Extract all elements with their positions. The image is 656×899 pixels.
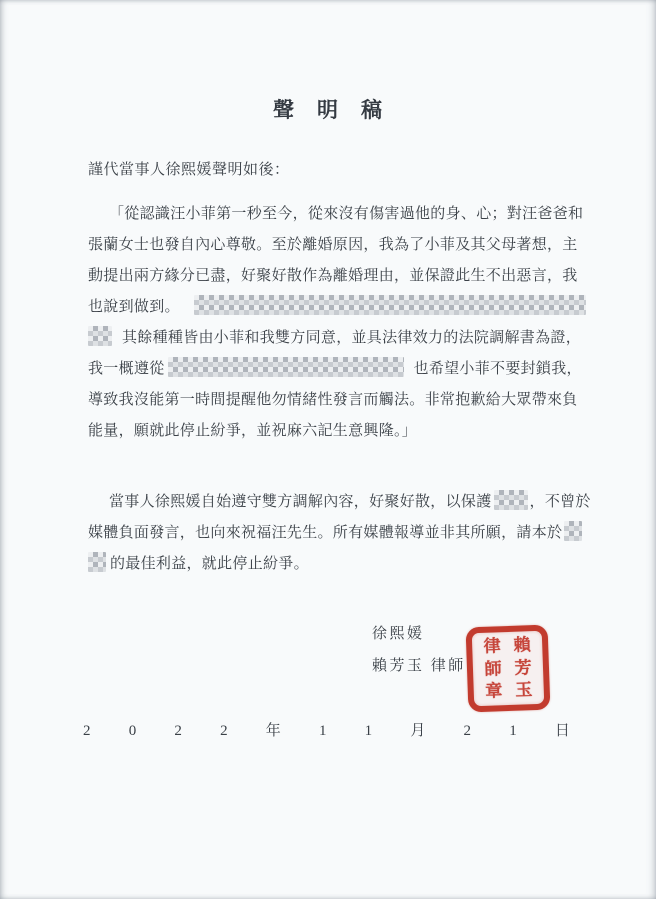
statement-line: 其餘種種皆由小菲和我雙方同意，並具法律效力的法院調解書為證， [88,323,593,354]
statement-text: 媒體負面發言，也向來祝福汪先生。所有媒體報導並非其所願，請本於 [88,525,562,541]
date-char: 0 [129,716,137,746]
statement-text: 導致我沒能第一時間提醒他勿情緒性發言而觸法。非常抱歉給大眾帶來負 [88,392,578,408]
seal-column: 律師章 [483,635,502,703]
date-char: 月 [410,716,425,746]
date-char: 2 [83,716,91,746]
statement-text: 其餘種種皆由小菲和我雙方同意，並具法律效力的法院調解書為證， [122,330,581,346]
closing-paragraph: 當事人徐熙媛自始遵守雙方調解內容，好聚好散，以保護，不曾於媒體負面發言，也向來祝… [88,487,593,580]
date-char: 1 [365,716,373,746]
statement-line: 當事人徐熙媛自始遵守雙方調解內容，好聚好散，以保護，不曾於 [88,487,593,518]
statement-text: 當事人徐熙媛自始遵守雙方調解內容，好聚好散，以保護 [109,494,492,510]
statement-text: 張蘭女士也發自內心尊敬。至於離婚原因，我為了小菲及其父母著想，主 [88,237,578,253]
seal-character: 芳 [514,657,532,680]
statement-text: 能量，願就此停止紛爭，並祝麻六記生意興隆。」 [88,423,417,439]
date-char: 2 [464,716,472,746]
statement-line: 媒體負面發言，也向來祝福汪先生。所有媒體報導並非其所願，請本於 [88,518,593,549]
lawyer-seal-stamp-icon: 律師章賴芳玉 [466,625,551,713]
statement-text: 也希望小菲不要封鎖我， [414,361,582,377]
redacted-block [494,490,528,510]
statement-text: 也說到做到。 [88,299,180,315]
redacted-block [88,552,106,572]
date-char: 2 [220,716,228,746]
statement-line: 能量，願就此停止紛爭，並祝麻六記生意興隆。」 [88,416,593,447]
date-char: 1 [319,716,327,746]
seal-character: 師 [484,658,502,681]
seal-character: 賴 [513,634,531,657]
redacted-block [194,295,586,315]
redacted-block [168,357,404,377]
lawyer-name: 賴芳玉 律師 [372,650,466,682]
seal-character: 玉 [515,679,533,702]
redacted-block [88,326,112,346]
date-char: 2 [174,716,182,746]
date-char: 日 [555,716,570,746]
statement-text: 動提出兩方緣分已盡，好聚好散作為離婚理由，並保證此生不出惡言，我 [88,268,578,284]
statement-text: 「從認識汪小菲第一秒至今，從來沒有傷害過他的身、心；對汪爸爸和 [109,206,583,222]
statement-text: 我一概遵從 [88,361,165,377]
statement-line: 導致我沒能第一時間提醒他勿情緒性發言而觸法。非常抱歉給大眾帶來負 [88,385,593,416]
statement-line: 也說到做到。 [88,292,593,323]
statement-line: 張蘭女士也發自內心尊敬。至於離婚原因，我為了小菲及其父母著想，主 [88,230,593,261]
statement-text: ，不曾於 [530,494,591,510]
intro-line: 謹代當事人徐熙媛聲明如後： [88,158,290,179]
date-char: 年 [266,716,281,746]
seal-column: 賴芳玉 [513,634,532,702]
statement-line: 的最佳利益，就此停止紛爭。 [88,549,593,580]
statement-line: 「從認識汪小菲第一秒至今，從來沒有傷害過他的身、心；對汪爸爸和 [88,199,593,230]
statement-body-paragraph: 「從認識汪小菲第一秒至今，從來沒有傷害過他的身、心；對汪爸爸和張蘭女士也發自內心… [88,199,593,447]
signature-block: 徐熙媛 賴芳玉 律師 [372,618,466,682]
statement-text: 的最佳利益，就此停止紛爭。 [110,556,309,572]
date-char: 1 [509,716,517,746]
statement-page: 聲 明 稿 謹代當事人徐熙媛聲明如後： 「從認識汪小菲第一秒至今，從來沒有傷害過… [0,0,656,899]
statement-line: 我一概遵從也希望小菲不要封鎖我， [88,354,593,385]
signatory-name: 徐熙媛 [372,618,466,650]
redacted-block [564,521,582,541]
seal-character: 章 [485,680,503,703]
statement-line: 動提出兩方緣分已盡，好聚好散作為離婚理由，並保證此生不出惡言，我 [88,261,593,292]
date-line: 2022年11月21日 [83,716,570,746]
seal-character: 律 [483,635,501,658]
document-title: 聲 明 稿 [0,94,656,124]
